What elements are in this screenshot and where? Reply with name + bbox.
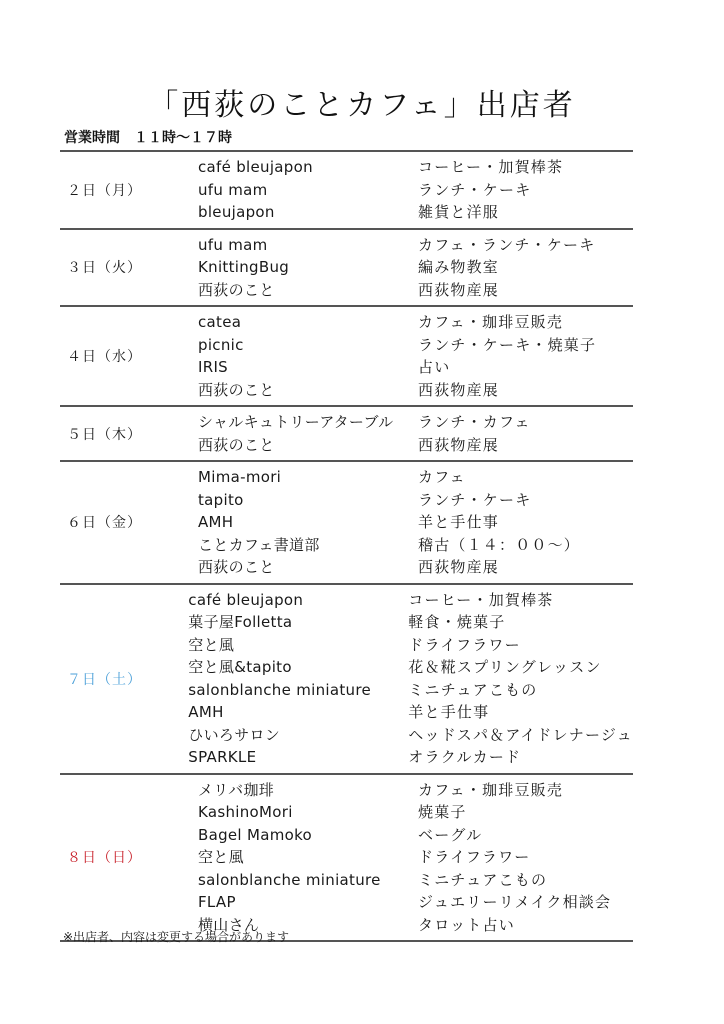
vendor-name: 菓子屋Folletta	[188, 611, 408, 634]
vendor-offering: ランチ・ケーキ・焼菓子	[418, 334, 633, 357]
table-row: AMH羊と手仕事	[188, 701, 633, 724]
vendor-name: Mima-mori	[198, 466, 418, 489]
vendor-offering: 雑貨と洋服	[418, 201, 633, 224]
table-row: 空と風&tapito花＆糀スプリングレッスン	[188, 656, 633, 679]
vendor-name: salonblanche miniature	[198, 869, 418, 892]
day-label: ５日（木）	[60, 411, 198, 456]
table-row: 西荻のこと西荻物産展	[198, 434, 633, 457]
day-block-8: ８日（日） メリバ珈琲カフェ・珈琲豆販売 KashinoMori焼菓子 Bage…	[60, 775, 633, 943]
vendor-name: FLAP	[198, 891, 418, 914]
vendor-offering: 西荻物産展	[418, 279, 633, 302]
page-title: 「西荻のことカフェ」出店者	[0, 84, 724, 128]
vendor-name: シャルキュトリーアターブル	[198, 411, 418, 434]
vendor-offering: ミニチュアこもの	[408, 679, 633, 702]
vendor-name: bleujapon	[198, 201, 418, 224]
table-row: KnittingBug編み物教室	[198, 256, 633, 279]
table-row: KashinoMori焼菓子	[198, 801, 633, 824]
vendor-offering: カフェ・ランチ・ケーキ	[418, 234, 633, 257]
vendor-offering: 西荻物産展	[418, 434, 633, 457]
vendor-offering: 花＆糀スプリングレッスン	[408, 656, 633, 679]
vendor-name: 空と風	[198, 846, 418, 869]
vendor-offering: 羊と手仕事	[418, 511, 633, 534]
table-row: 西荻のこと西荻物産展	[198, 379, 633, 402]
footnote: ※出店者、内容は変更する場合があります	[63, 928, 289, 946]
vendor-offering: ランチ・ケーキ	[418, 489, 633, 512]
vendor-offering: コーヒー・加賀棒茶	[408, 589, 633, 612]
table-row: 空と風ドライフラワー	[198, 846, 633, 869]
vendor-offering: ドライフラワー	[418, 846, 633, 869]
business-hours-label: 営業時間	[64, 130, 120, 146]
vendor-name: ufu mam	[198, 179, 418, 202]
vendor-offering: ランチ・ケーキ	[418, 179, 633, 202]
table-row: salonblanche miniatureミニチュアこもの	[198, 869, 633, 892]
day-block-2: ２日（月） café bleujaponコーヒー・加賀棒茶 ufu mamランチ…	[60, 152, 633, 230]
table-row: Bagel Mamokoベーグル	[198, 824, 633, 847]
vendor-name: Bagel Mamoko	[198, 824, 418, 847]
vendor-name: AMH	[198, 511, 418, 534]
table-row: 西荻のこと西荻物産展	[198, 279, 633, 302]
vendor-offering: ドライフラワー	[408, 634, 633, 657]
table-row: salonblanche miniatureミニチュアこもの	[188, 679, 633, 702]
day-block-3: ３日（火） ufu mamカフェ・ランチ・ケーキ KnittingBug編み物教…	[60, 230, 633, 308]
day-label: ３日（火）	[60, 234, 198, 302]
day-label-saturday: ７日（土）	[60, 589, 188, 769]
vendor-offering: カフェ	[418, 466, 633, 489]
vendor-name: 西荻のこと	[198, 379, 418, 402]
table-row: 菓子屋Folletta軽食・焼菓子	[188, 611, 633, 634]
vendor-name: 西荻のこと	[198, 279, 418, 302]
vendor-offering: 西荻物産展	[418, 556, 633, 579]
vendor-name: 西荻のこと	[198, 434, 418, 457]
vendor-offering: 占い	[418, 356, 633, 379]
vendor-offering: カフェ・珈琲豆販売	[418, 311, 633, 334]
table-row: tapitoランチ・ケーキ	[198, 489, 633, 512]
vendor-offering: 羊と手仕事	[408, 701, 633, 724]
vendor-offering: ベーグル	[418, 824, 633, 847]
table-row: ことカフェ書道部稽古（１４：００〜）	[198, 534, 633, 557]
vendor-name: café bleujapon	[198, 156, 418, 179]
vendor-offering: ミニチュアこもの	[418, 869, 633, 892]
day-label-sunday: ８日（日）	[60, 779, 198, 937]
table-row: SPARKLEオラクルカード	[188, 746, 633, 769]
vendor-name: 西荻のこと	[198, 556, 418, 579]
business-hours: 営業時間 １１時〜１７時	[64, 128, 232, 148]
table-row: ufu mamカフェ・ランチ・ケーキ	[198, 234, 633, 257]
vendor-name: ことカフェ書道部	[198, 534, 418, 557]
table-row: AMH羊と手仕事	[198, 511, 633, 534]
vendor-offering: カフェ・珈琲豆販売	[418, 779, 633, 802]
table-row: 西荻のこと西荻物産展	[198, 556, 633, 579]
vendor-offering: タロット占い	[418, 914, 633, 937]
vendor-offering: 編み物教室	[418, 256, 633, 279]
vendor-name: KnittingBug	[198, 256, 418, 279]
day-block-4: ４日（水） cateaカフェ・珈琲豆販売 picnicランチ・ケーキ・焼菓子 I…	[60, 307, 633, 407]
day-block-5: ５日（木） シャルキュトリーアターブルランチ・カフェ 西荻のこと西荻物産展	[60, 407, 633, 462]
vendor-offering: 軽食・焼菓子	[408, 611, 633, 634]
vendor-offering: ジュエリーリメイク相談会	[418, 891, 633, 914]
day-label: ６日（金）	[60, 466, 198, 579]
day-label: ４日（水）	[60, 311, 198, 401]
vendor-offering: ランチ・カフェ	[418, 411, 633, 434]
vendor-name: IRIS	[198, 356, 418, 379]
vendor-offering: 焼菓子	[418, 801, 633, 824]
vendor-name: ひいろサロン	[188, 724, 408, 747]
table-row: café bleujaponコーヒー・加賀棒茶	[188, 589, 633, 612]
table-row: 空と風ドライフラワー	[188, 634, 633, 657]
table-row: IRIS占い	[198, 356, 633, 379]
table-row: FLAPジュエリーリメイク相談会	[198, 891, 633, 914]
vendor-name: AMH	[188, 701, 408, 724]
table-row: シャルキュトリーアターブルランチ・カフェ	[198, 411, 633, 434]
vendor-offering: 西荻物産展	[418, 379, 633, 402]
vendor-name: catea	[198, 311, 418, 334]
vendor-offering: オラクルカード	[408, 746, 633, 769]
vendor-name: salonblanche miniature	[188, 679, 408, 702]
vendor-offering: 稽古（１４：００〜）	[418, 534, 633, 557]
table-row: picnicランチ・ケーキ・焼菓子	[198, 334, 633, 357]
vendor-name: café bleujapon	[188, 589, 408, 612]
vendor-name: KashinoMori	[198, 801, 418, 824]
day-label: ２日（月）	[60, 156, 198, 224]
vendor-name: SPARKLE	[188, 746, 408, 769]
table-row: ひいろサロンヘッドスパ＆アイドレナージュ	[188, 724, 633, 747]
table-row: bleujapon雑貨と洋服	[198, 201, 633, 224]
vendor-name: 空と風&tapito	[188, 656, 408, 679]
vendor-name: メリバ珈琲	[198, 779, 418, 802]
business-hours-value: １１時〜１７時	[134, 130, 232, 146]
table-row: Mima-moriカフェ	[198, 466, 633, 489]
vendor-name: tapito	[198, 489, 418, 512]
vendor-offering: コーヒー・加賀棒茶	[418, 156, 633, 179]
vendor-name: picnic	[198, 334, 418, 357]
vendor-offering: ヘッドスパ＆アイドレナージュ	[408, 724, 633, 747]
vendor-schedule-table: ２日（月） café bleujaponコーヒー・加賀棒茶 ufu mamランチ…	[60, 150, 633, 942]
table-row: café bleujaponコーヒー・加賀棒茶	[198, 156, 633, 179]
table-row: ufu mamランチ・ケーキ	[198, 179, 633, 202]
table-row: cateaカフェ・珈琲豆販売	[198, 311, 633, 334]
day-block-7: ７日（土） café bleujaponコーヒー・加賀棒茶 菓子屋Follett…	[60, 585, 633, 775]
vendor-name: ufu mam	[198, 234, 418, 257]
day-block-6: ６日（金） Mima-moriカフェ tapitoランチ・ケーキ AMH羊と手仕…	[60, 462, 633, 585]
vendor-name: 空と風	[188, 634, 408, 657]
table-row: メリバ珈琲カフェ・珈琲豆販売	[198, 779, 633, 802]
